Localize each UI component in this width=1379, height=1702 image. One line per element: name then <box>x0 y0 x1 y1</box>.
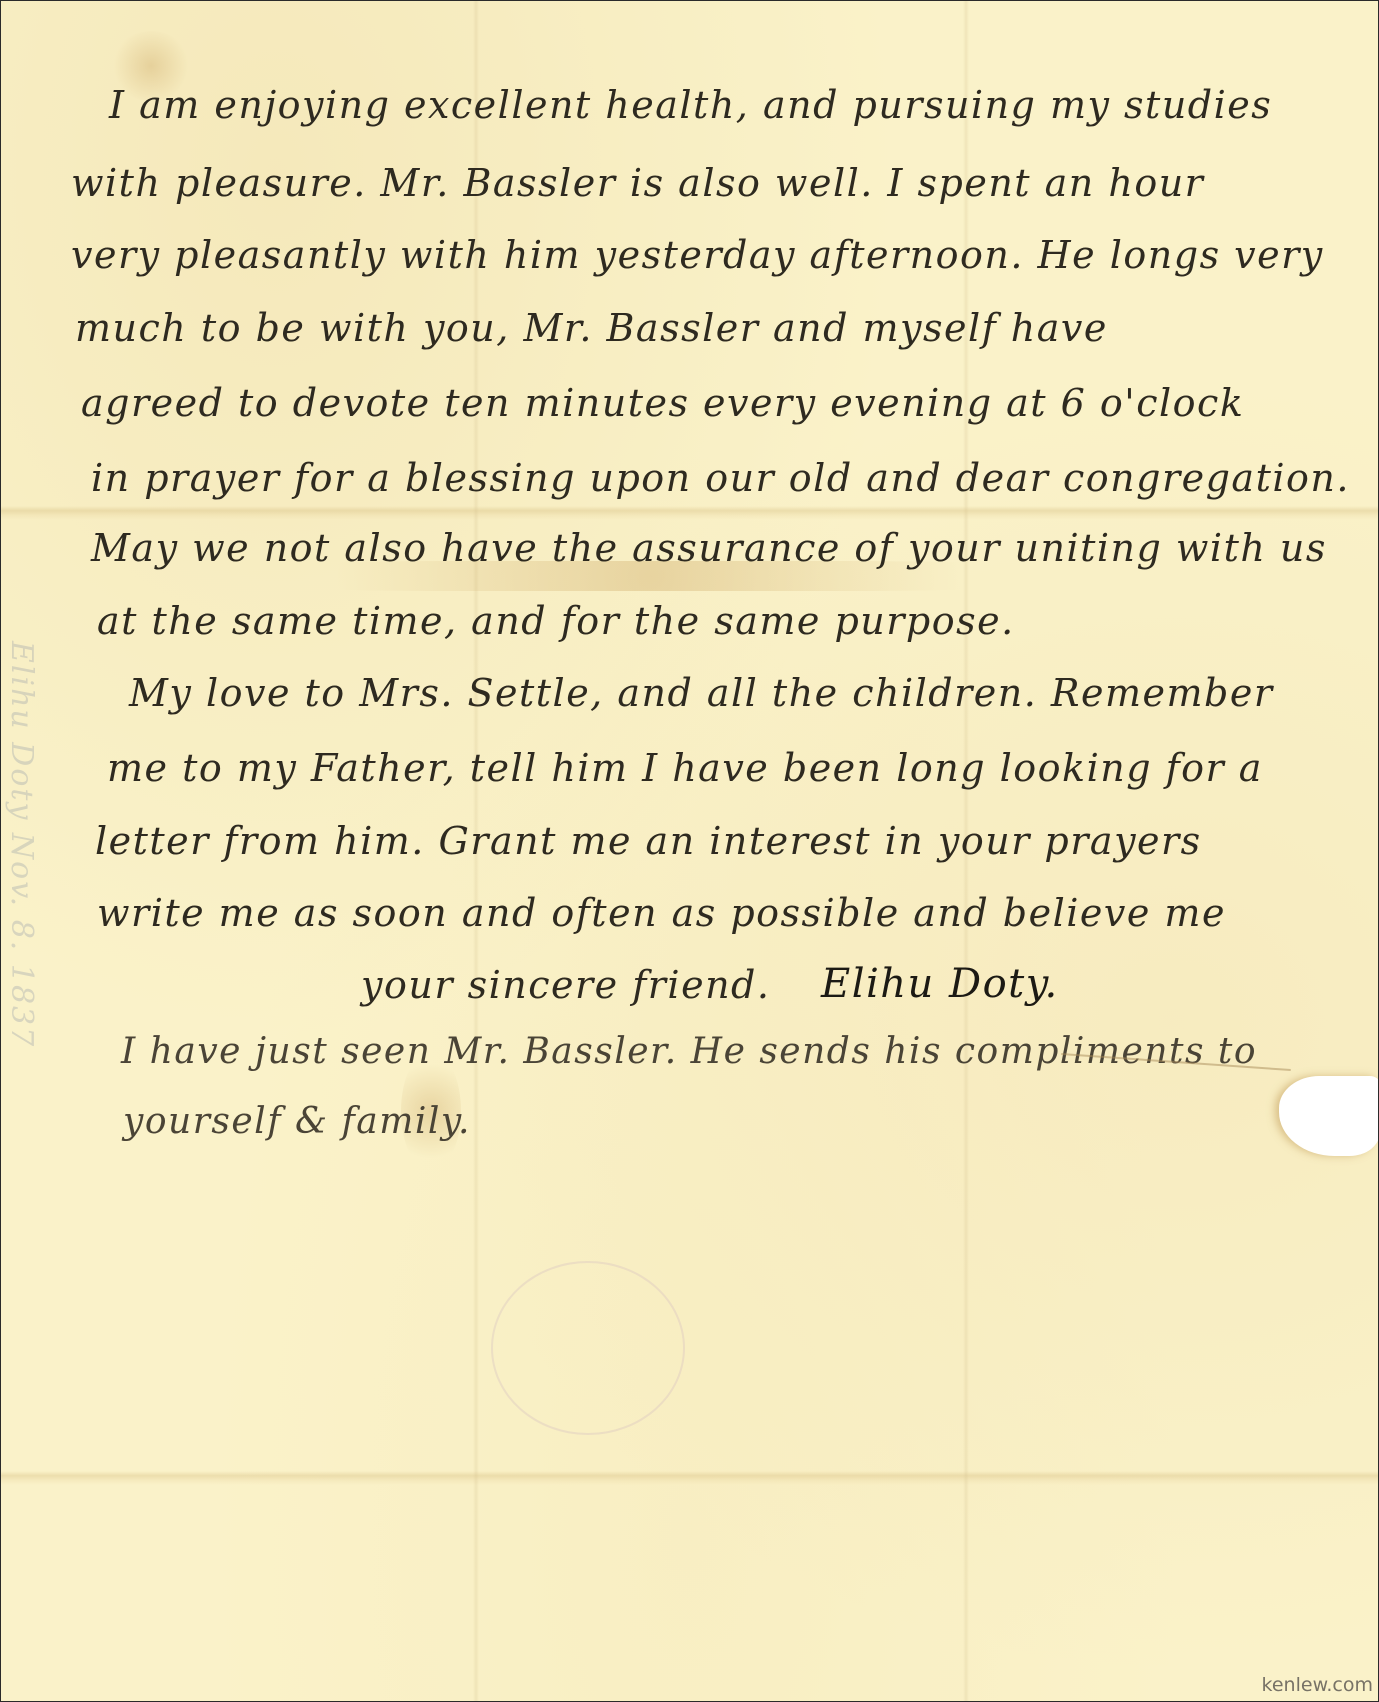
watermark: kenlew.com <box>1262 1674 1373 1696</box>
faint-postmark <box>491 1261 685 1435</box>
letter-page: Elihu Doty Nov. 8. 1837 I am enjoying ex… <box>0 0 1379 1702</box>
letter-line-3: very pleasantly with him yesterday after… <box>71 233 1324 277</box>
letter-line-5: agreed to devote ten minutes every eveni… <box>81 381 1244 425</box>
postscript-line-1: I have just seen Mr. Bassler. He sends h… <box>121 1031 1257 1072</box>
margin-bleed-through-text: Elihu Doty Nov. 8. 1837 <box>4 641 39 1048</box>
letter-line-9: My love to Mrs. Settle, and all the chil… <box>129 671 1274 715</box>
letter-line-11: letter from him. Grant me an interest in… <box>95 819 1202 863</box>
letter-line-2: with pleasure. Mr. Bassler is also well.… <box>71 161 1204 205</box>
letter-line-10: me to my Father, tell him I have been lo… <box>107 746 1263 790</box>
fold-line-horizontal <box>1 1471 1378 1485</box>
letter-line-8: at the same time, and for the same purpo… <box>97 599 1015 643</box>
postscript-line-2: yourself & family. <box>123 1101 471 1142</box>
letter-line-7: May we not also have the assurance of yo… <box>91 526 1327 570</box>
closing-line: your sincere friend. <box>361 963 770 1007</box>
letter-line-4: much to be with you, Mr. Bassler and mys… <box>75 306 1108 350</box>
letter-line-6: in prayer for a blessing upon our old an… <box>91 456 1350 500</box>
letter-line-1: I am enjoying excellent health, and purs… <box>109 83 1272 127</box>
letter-line-12: write me as soon and often as possible a… <box>97 891 1226 935</box>
paper-hole <box>1279 1076 1379 1156</box>
fold-line-horizontal <box>1 506 1378 520</box>
signature: Elihu Doty. <box>821 961 1059 1007</box>
